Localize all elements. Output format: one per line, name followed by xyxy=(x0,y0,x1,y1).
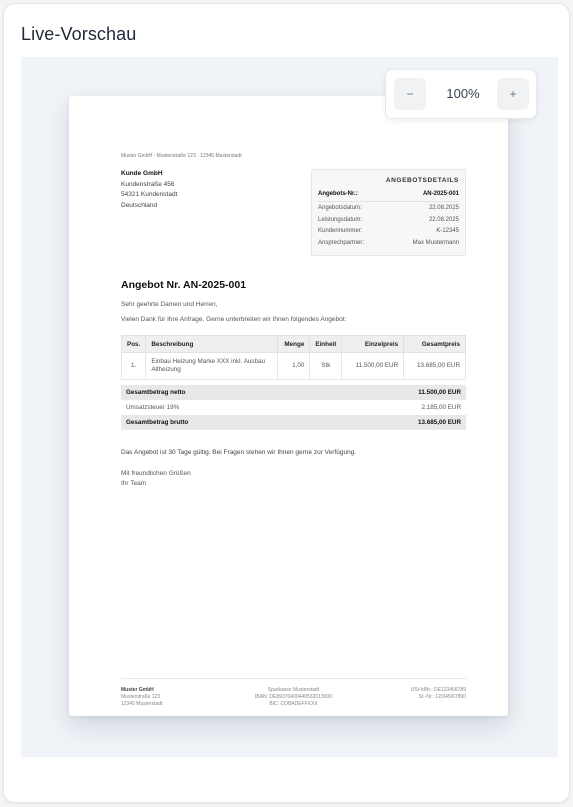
col-pos: Pos. xyxy=(122,336,146,353)
cell-description: Einbau Heizung Marke XXX inkl. Ausbau Al… xyxy=(146,353,278,380)
footer-iban: IBAN: DE89370400440532013000 xyxy=(241,694,346,701)
closing-greeting: Mit freundlichen Grüßen xyxy=(121,469,191,479)
footer-bic: BIC: COBADEFFXXX xyxy=(241,701,346,708)
closing-signature: Ihr Team xyxy=(121,479,191,489)
totals-section: Gesamtbetrag netto 11.500,00 EUR Umsatzs… xyxy=(121,385,466,430)
footer-company-name: Muster GmbH xyxy=(121,687,162,694)
footer-street: Musterstraße 123 xyxy=(121,694,162,701)
table-row: 1. Einbau Heizung Marke XXX inkl. Ausbau… xyxy=(122,353,466,380)
net-total-row: Gesamtbetrag netto 11.500,00 EUR xyxy=(121,385,466,400)
details-row: Angebots-Nr.: AN-2025-001 xyxy=(318,189,459,202)
zoom-in-button[interactable]: + xyxy=(497,78,529,110)
net-total-value: 11.500,00 EUR xyxy=(418,389,461,396)
net-total-label: Gesamtbetrag netto xyxy=(126,389,185,396)
details-row: Leistungsdatum: 22.08.2025 xyxy=(318,215,459,227)
gross-total-row: Gesamtbetrag brutto 13.685,00 EUR xyxy=(121,415,466,430)
details-value: K-12345 xyxy=(436,226,459,238)
sender-line: Muster GmbH · Musterstraße 123 · 12345 M… xyxy=(121,153,242,159)
details-value: 22.08.2025 xyxy=(429,203,459,215)
cell-quantity: 1,00 xyxy=(278,353,310,380)
recipient-city: 54321 Kundenstadt xyxy=(121,190,177,201)
col-total-price: Gesamtpreis xyxy=(404,336,466,353)
col-unit-price: Einzelpreis xyxy=(342,336,404,353)
footer-divider xyxy=(121,678,466,679)
document-page: Muster GmbH · Musterstraße 123 · 12345 M… xyxy=(69,96,508,716)
footer-bank-name: Sparkasse Musterstadt xyxy=(241,687,346,694)
tax-value: 2.185,00 EUR xyxy=(421,404,461,411)
cell-total-price: 13.685,00 EUR xyxy=(404,353,466,380)
details-label: Angebots-Nr.: xyxy=(318,189,358,201)
footer-tax-number: St.-Nr.: 12/345/67890 xyxy=(411,694,466,701)
zoom-out-button[interactable]: − xyxy=(394,78,426,110)
tax-label: Umsatzsteuer 19% xyxy=(126,404,179,411)
validity-note: Das Angebot ist 30 Tage gültig. Bei Frag… xyxy=(121,449,356,456)
footer-company: Muster GmbH Musterstraße 123 12345 Muste… xyxy=(121,687,162,707)
col-unit: Einheit xyxy=(310,336,342,353)
gross-total-value: 13.685,00 EUR xyxy=(418,419,461,426)
details-value: Max Mustermann xyxy=(413,238,459,250)
tax-row: Umsatzsteuer 19% 2.185,00 EUR xyxy=(121,400,466,415)
closing: Mit freundlichen Grüßen Ihr Team xyxy=(121,469,191,489)
details-value: AN-2025-001 xyxy=(423,189,459,201)
footer-vat-id: USt-IdNr.: DE123456789 xyxy=(411,687,466,694)
salutation: Sehr geehrte Damen und Herren, xyxy=(121,301,217,308)
zoom-level: 100% xyxy=(430,86,496,101)
details-label: Ansprechpartner: xyxy=(318,238,364,250)
zoom-control: − 100% + xyxy=(385,69,537,119)
details-label: Kundennummer: xyxy=(318,226,362,238)
items-table: Pos. Beschreibung Menge Einheit Einzelpr… xyxy=(121,335,466,380)
recipient-name: Kunde GmbH xyxy=(121,169,177,180)
details-row: Angebotsdatum: 22.08.2025 xyxy=(318,203,459,215)
details-row: Ansprechpartner: Max Mustermann xyxy=(318,238,459,250)
details-row: Kundennummer: K-12345 xyxy=(318,226,459,238)
gross-total-label: Gesamtbetrag brutto xyxy=(126,419,188,426)
footer-tax: USt-IdNr.: DE123456789 St.-Nr.: 12/345/6… xyxy=(411,687,466,701)
intro-text: Vielen Dank für Ihre Anfrage. Gerne unte… xyxy=(121,316,346,323)
plus-icon: + xyxy=(509,87,516,101)
recipient-country: Deutschland xyxy=(121,201,177,212)
footer-city: 12345 Musterstadt xyxy=(121,701,162,708)
recipient-address: Kunde GmbH Kundenstraße 456 54321 Kunden… xyxy=(121,169,177,211)
document-title: Angebot Nr. AN-2025-001 xyxy=(121,279,246,291)
col-quantity: Menge xyxy=(278,336,310,353)
footer-bank: Sparkasse Musterstadt IBAN: DE8937040044… xyxy=(241,687,346,707)
panel-title: Live-Vorschau xyxy=(21,24,136,45)
details-title: ANGEBOTSDETAILS xyxy=(318,177,459,184)
offer-details-box: ANGEBOTSDETAILS Angebots-Nr.: AN-2025-00… xyxy=(311,169,466,256)
cell-unit-price: 11.500,00 EUR xyxy=(342,353,404,380)
col-description: Beschreibung xyxy=(146,336,278,353)
cell-pos: 1. xyxy=(122,353,146,380)
details-label: Angebotsdatum: xyxy=(318,203,362,215)
details-label: Leistungsdatum: xyxy=(318,215,362,227)
table-header-row: Pos. Beschreibung Menge Einheit Einzelpr… xyxy=(122,336,466,353)
minus-icon: − xyxy=(406,87,413,101)
recipient-street: Kundenstraße 456 xyxy=(121,180,177,191)
cell-unit: Stk xyxy=(310,353,342,380)
details-value: 22.08.2025 xyxy=(429,215,459,227)
